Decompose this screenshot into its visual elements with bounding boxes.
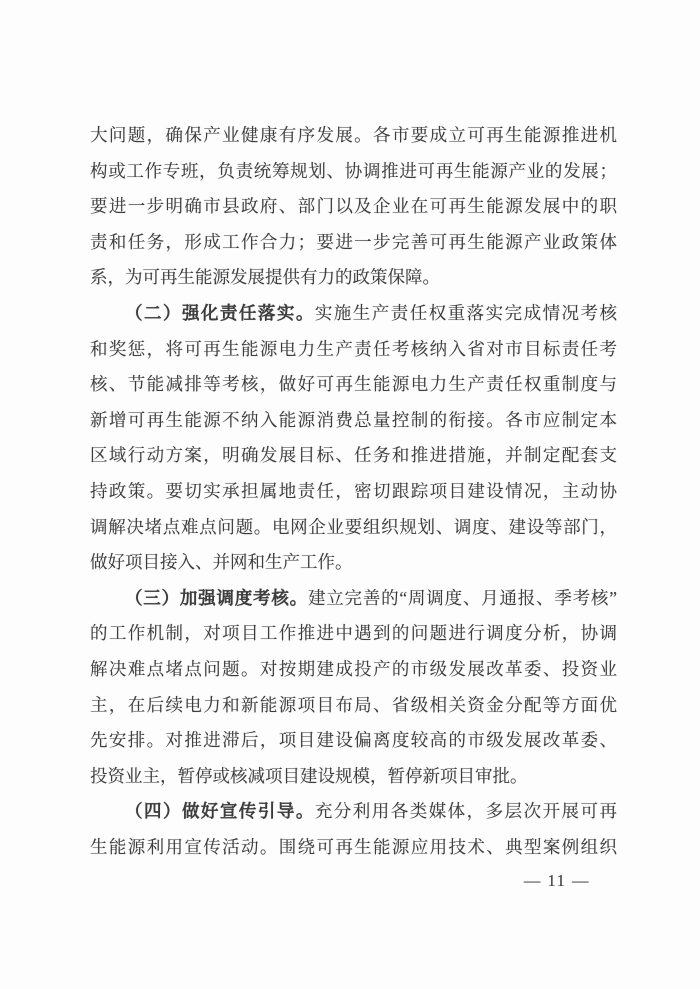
text-line: （二）强化责任落实。实施生产责任权重落实完成情况考核 [90,296,617,332]
body-text-run: 核、节能减排等考核，做好可再生能源电力生产责任权重制度与 [90,374,617,394]
text-line: 主，在后续电力和新能源项目布局、省级相关资金分配等方面优 [90,688,617,724]
body-text-run: 的工作机制，对项目工作推进中遇到的问题进行调度分析，协调 [90,623,617,643]
page-number: — 11 — [524,871,590,891]
text-line: 投资业主，暂停或核减项目建设规模，暂停新项目审批。 [90,759,617,795]
text-line: 和奖惩，将可再生能源电力生产责任考核纳入省对市目标责任考 [90,332,617,368]
text-line: 责和任务，形成工作合力；要进一步完善可再生能源产业政策体 [90,225,617,261]
text-line: （三）加强调度考核。建立完善的“周调度、月通报、季考核” [90,581,617,617]
text-line: 生能源利用宣传活动。围绕可再生能源应用技术、典型案例组织 [90,830,617,866]
section-heading-run: （三）加强调度考核。 [125,588,308,608]
body-text-run: 大问题，确保产业健康有序发展。各市要成立可再生能源推进机 [90,125,617,145]
text-line: （四）做好宣传引导。充分利用各类媒体，多层次开展可再 [90,794,617,830]
text-line: 构或工作专班，负责统筹规划、协调推进可再生能源产业的发展； [90,154,617,190]
body-text-run: 做好项目接入、并网和生产工作。 [90,552,353,572]
body-text-run: 充分利用各类媒体，多层次开展可再 [315,801,617,821]
body-text-run: 要进一步明确市县政府、部门以及企业在可再生能源发展中的职 [90,196,617,216]
body-text-run: 调解决堵点难点问题。电网企业要组织规划、调度、建设等部门， [90,517,617,537]
text-line: 大问题，确保产业健康有序发展。各市要成立可再生能源推进机 [90,118,617,154]
text-line: 调解决堵点难点问题。电网企业要组织规划、调度、建设等部门， [90,510,617,546]
text-line: 要进一步明确市县政府、部门以及企业在可再生能源发展中的职 [90,189,617,225]
section-heading-run: （二）强化责任落实。 [125,303,315,323]
body-text-run: 解决难点堵点问题。对按期建成投产的市级发展改革委、投资业 [90,659,617,679]
body-text-run: 系，为可再生能源发展提供有力的政策保障。 [90,267,440,287]
body-text-run: 新增可再生能源不纳入能源消费总量控制的衔接。各市应制定本 [90,410,617,430]
text-line: 先安排。对推进滞后，项目建设偏离度较高的市级发展改革委、 [90,723,617,759]
text-line: 解决难点堵点问题。对按期建成投产的市级发展改革委、投资业 [90,652,617,688]
body-text-run: 先安排。对推进滞后，项目建设偏离度较高的市级发展改革委、 [90,730,617,750]
body-text-run: 生能源利用宣传活动。围绕可再生能源应用技术、典型案例组织 [90,837,617,857]
body-text-run: 主，在后续电力和新能源项目布局、省级相关资金分配等方面优 [90,695,617,715]
body-text-run: 持政策。要切实承担属地责任，密切跟踪项目建设情况，主动协 [90,481,617,501]
body-text-run: 投资业主，暂停或核减项目建设规模，暂停新项目审批。 [90,766,528,786]
text-line: 系，为可再生能源发展提供有力的政策保障。 [90,260,617,296]
text-line: 的工作机制，对项目工作推进中遇到的问题进行调度分析，协调 [90,616,617,652]
body-text-run: 和奖惩，将可再生能源电力生产责任考核纳入省对市目标责任考 [90,339,617,359]
section-heading-run: （四）做好宣传引导。 [125,801,315,821]
text-line: 做好项目接入、并网和生产工作。 [90,545,617,581]
text-line: 持政策。要切实承担属地责任，密切跟踪项目建设情况，主动协 [90,474,617,510]
body-text-run: 建立完善的“周调度、月通报、季考核” [308,588,617,608]
text-line: 区域行动方案，明确发展目标、任务和推进措施，并制定配套支 [90,438,617,474]
body-text-run: 区域行动方案，明确发展目标、任务和推进措施，并制定配套支 [90,445,617,465]
body-text-run: 责和任务，形成工作合力；要进一步完善可再生能源产业政策体 [90,232,617,252]
body-text-run: 实施生产责任权重落实完成情况考核 [315,303,617,323]
text-line: 新增可再生能源不纳入能源消费总量控制的衔接。各市应制定本 [90,403,617,439]
body-text-run: 构或工作专班，负责统筹规划、协调推进可再生能源产业的发展； [90,161,617,181]
document-body: 大问题，确保产业健康有序发展。各市要成立可再生能源推进机构或工作专班，负责统筹规… [90,118,617,865]
text-line: 核、节能减排等考核，做好可再生能源电力生产责任权重制度与 [90,367,617,403]
document-page: 大问题，确保产业健康有序发展。各市要成立可再生能源推进机构或工作专班，负责统筹规… [0,0,700,989]
